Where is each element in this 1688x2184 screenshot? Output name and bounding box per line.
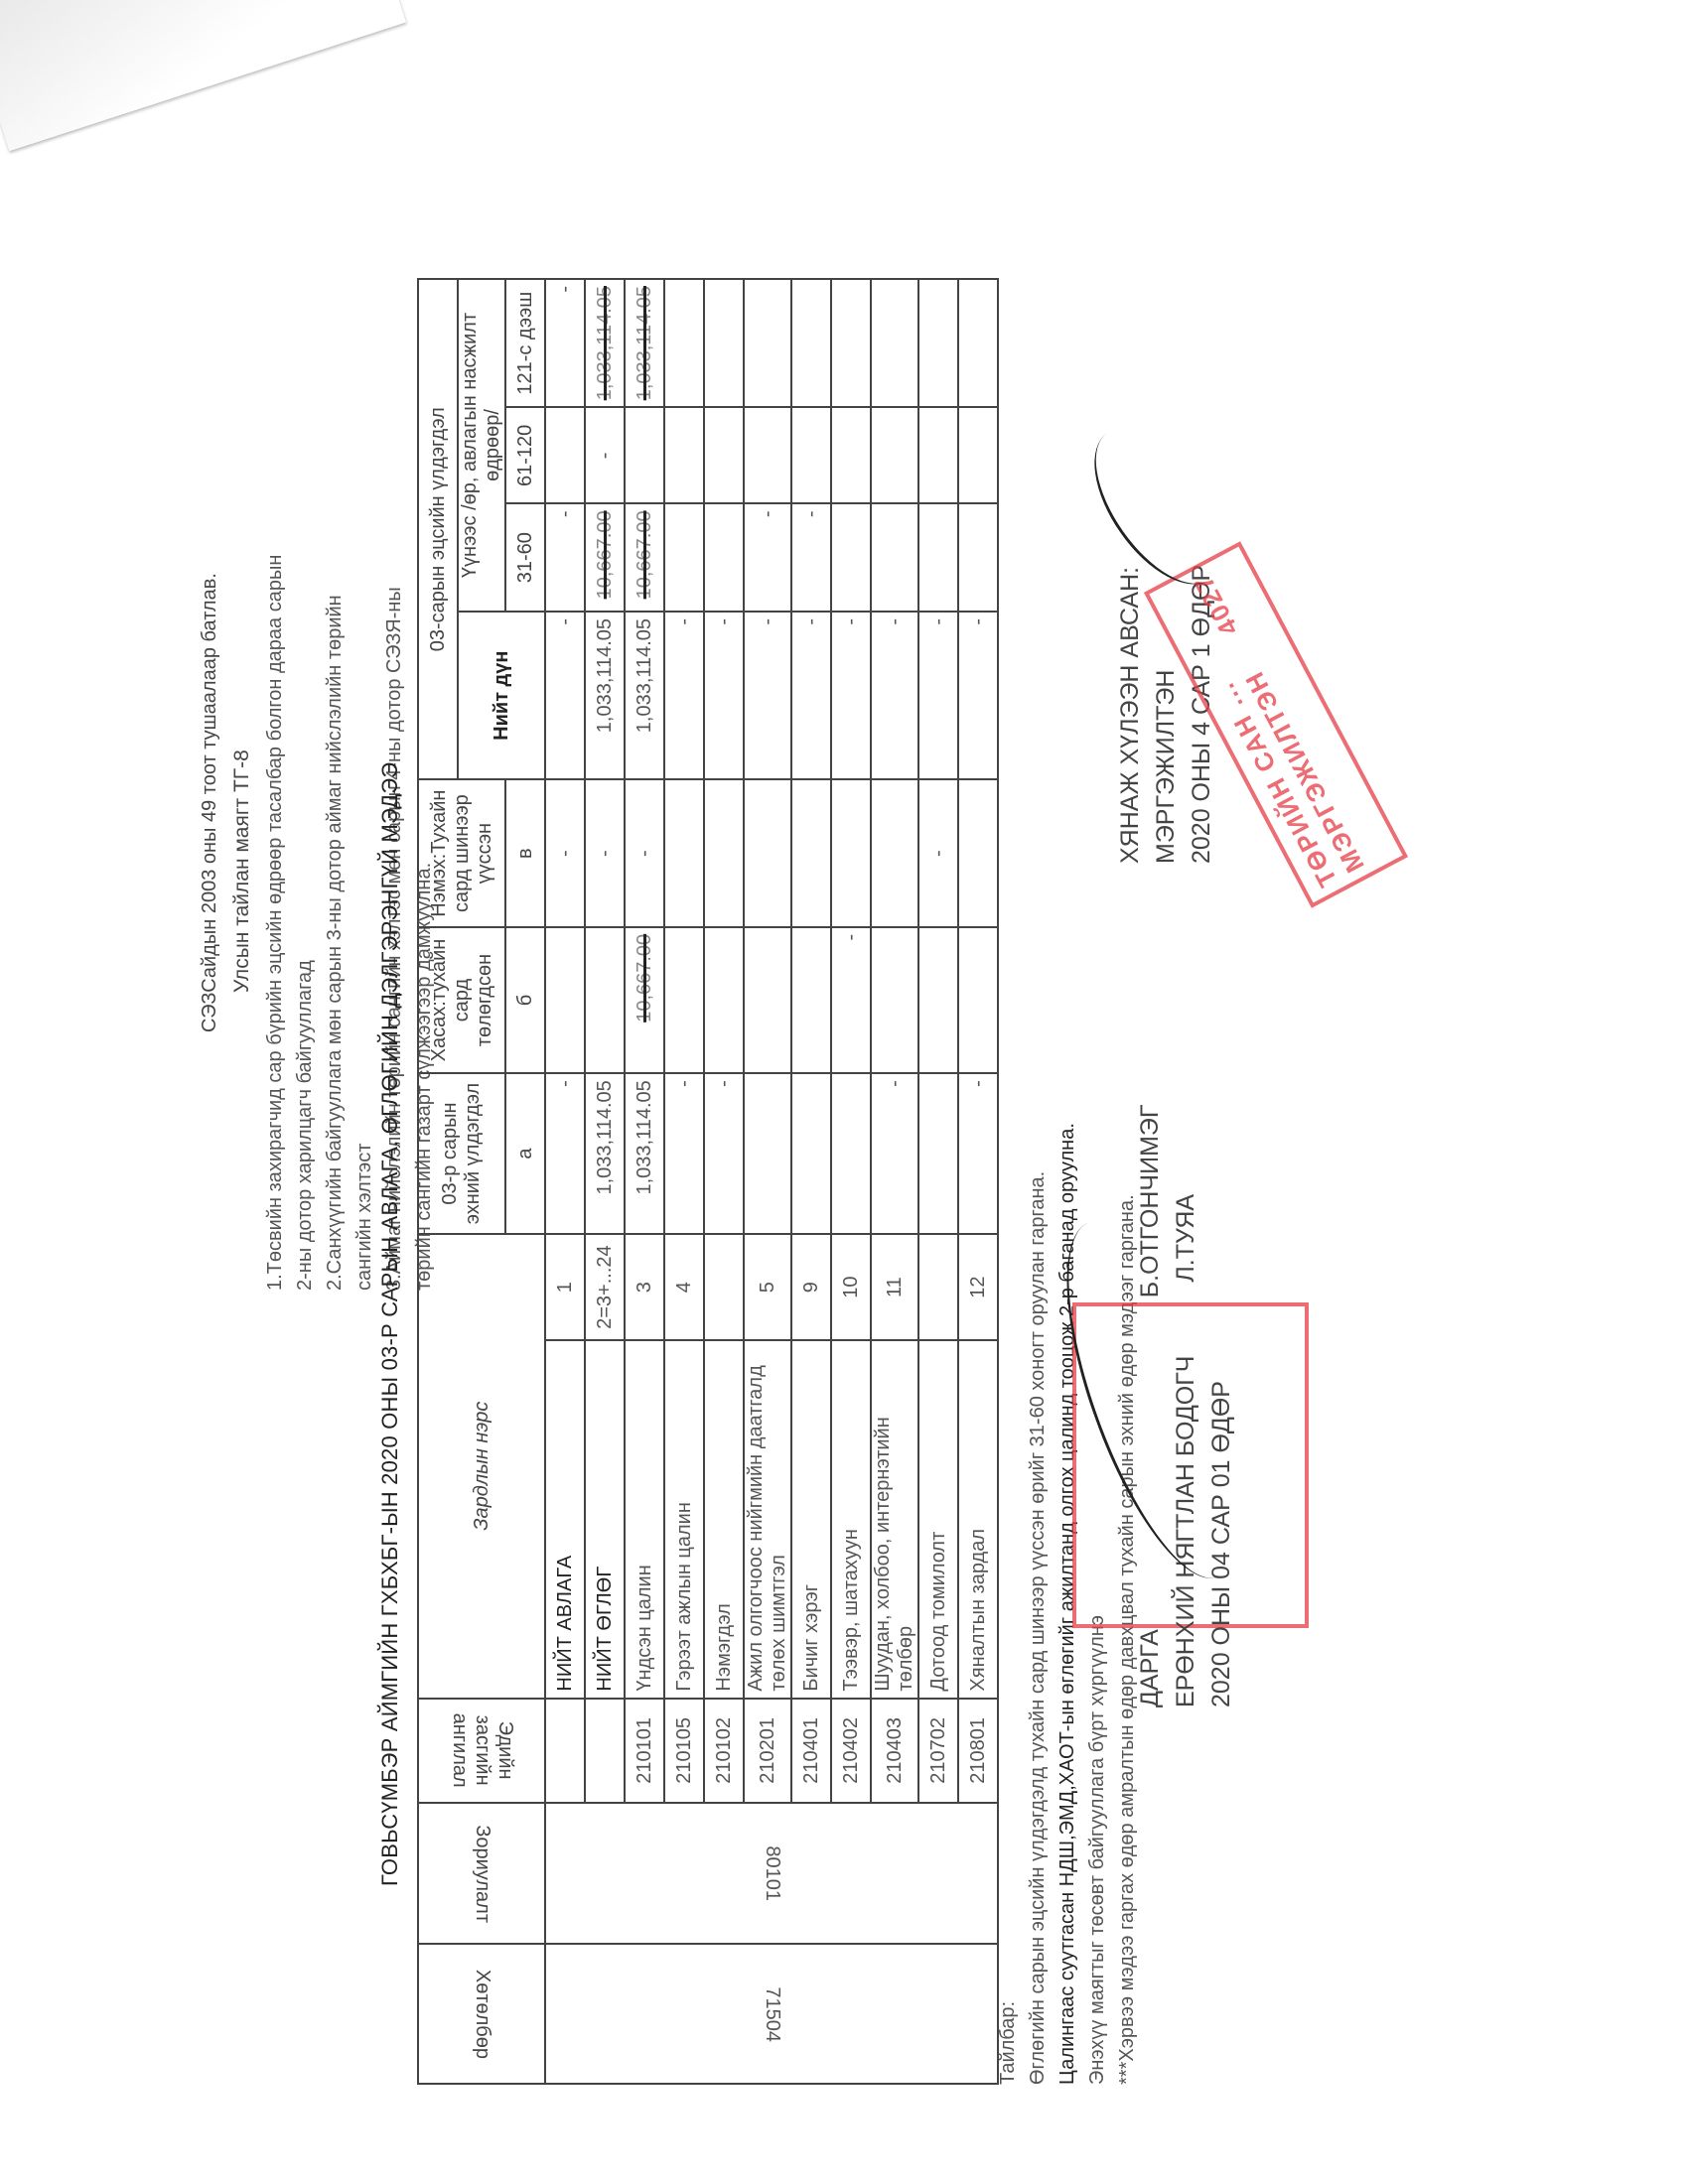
aging-31-60: - bbox=[744, 503, 791, 612]
instruction-line: 2.Санхүүгийн байгууллага мөн сарын 3-ны … bbox=[320, 477, 350, 1291]
closing-total: - bbox=[871, 612, 918, 780]
opening-balance: - bbox=[704, 1073, 744, 1234]
econ-code bbox=[585, 1699, 625, 1804]
econ-code bbox=[545, 1699, 585, 1804]
line-number: 4 bbox=[664, 1234, 704, 1341]
expense-name: Тээвэр, шатахуун bbox=[831, 1340, 871, 1698]
col-closing-group: 03-сарын эцсийн үлдэгдэл bbox=[418, 279, 458, 779]
line-number: 11 bbox=[871, 1234, 918, 1341]
expense-name: Бичиг хэрэг bbox=[791, 1340, 831, 1698]
closing-total: - bbox=[918, 612, 958, 780]
expense-name: Нэмэгдэл bbox=[704, 1340, 744, 1698]
opening-balance bbox=[744, 1073, 791, 1234]
col-purpose: Зориулалт bbox=[418, 1803, 545, 1944]
closing-total: - bbox=[545, 612, 585, 780]
aging-61-120 bbox=[958, 407, 998, 503]
line-number: 12 bbox=[958, 1234, 998, 1341]
aging-31-60 bbox=[704, 503, 744, 612]
col-increase: Нэмэх:Тухайн сард шинээр үүссэн bbox=[418, 779, 505, 926]
aging-31-60 bbox=[664, 503, 704, 612]
aging-121-plus bbox=[918, 279, 958, 407]
econ-code: 210102 bbox=[704, 1699, 744, 1804]
increase-value bbox=[791, 779, 831, 926]
line-number: 10 bbox=[831, 1234, 871, 1341]
aging-31-60 bbox=[918, 503, 958, 612]
aging-31-60: - bbox=[545, 503, 585, 612]
econ-code: 210401 bbox=[791, 1699, 831, 1804]
econ-code: 210702 bbox=[918, 1699, 958, 1804]
col-aging-61-120: 61-120 bbox=[505, 407, 545, 503]
report-title: ГОВЬСҮМБЭР АЙМГИЙН ГХБХБГ-ЫН 2020 ОНЫ 03… bbox=[377, 762, 403, 1886]
col-decrease: Хасах:тухайн сард төлөгдсөн bbox=[418, 927, 505, 1073]
aging-121-plus: - bbox=[545, 279, 585, 407]
expense-name: Дотоод томилолт bbox=[918, 1340, 958, 1698]
econ-code: 210801 bbox=[958, 1699, 998, 1804]
increase-value bbox=[704, 779, 744, 926]
approval-note: СЭЗСайдын 2003 оны 49 тоот тушаалаар бат… bbox=[199, 573, 221, 1032]
program-code: 71504 bbox=[545, 1945, 998, 2085]
increase-value bbox=[831, 779, 871, 926]
econ-code: 210402 bbox=[831, 1699, 871, 1804]
opening-balance bbox=[831, 1073, 871, 1234]
aging-121-plus bbox=[871, 279, 918, 407]
col-expense-name: Зардлын нэрс bbox=[418, 1234, 545, 1699]
opening-balance: - bbox=[664, 1073, 704, 1234]
line-number: 9 bbox=[791, 1234, 831, 1341]
aging-121-plus: 1,033,114.05 bbox=[585, 279, 625, 407]
accountant-name: Л.ТУЯА bbox=[1172, 1194, 1199, 1283]
expense-name: Шуудан, холбоо, интернэтийн төлбөр bbox=[871, 1340, 918, 1698]
opening-balance: 1,033,114.05 bbox=[625, 1073, 664, 1234]
col-program: Хөтөлбөр bbox=[418, 1945, 545, 2085]
aging-121-plus bbox=[791, 279, 831, 407]
expense-name: Ажил олгогчоос нийгмийн даатгалд төлөх ш… bbox=[744, 1340, 791, 1698]
opening-balance: - bbox=[871, 1073, 918, 1234]
aging-121-plus bbox=[958, 279, 998, 407]
aging-61-120 bbox=[704, 407, 744, 503]
rotated-report-page: СЭЗСайдын 2003 оны 49 тоот тушаалаар бат… bbox=[0, 0, 1688, 2184]
receivables-payables-table: Хөтөлбөр Зориулалт Эдийн засгийн ангилал… bbox=[417, 278, 999, 2085]
decrease-value bbox=[585, 927, 625, 1073]
econ-code: 210403 bbox=[871, 1699, 918, 1804]
col-aging-121-plus: 121-с дээш bbox=[505, 279, 545, 407]
col-aging-group: Үүнээс /өр, авлагын насжилт өдрөөр/ bbox=[458, 279, 505, 612]
aging-121-plus bbox=[744, 279, 791, 407]
expense-name: Хяналтын зардал bbox=[958, 1340, 998, 1698]
instruction-line: сангийн хэлтэст bbox=[350, 477, 379, 1291]
opening-balance bbox=[791, 1073, 831, 1234]
letter-increase: в bbox=[505, 779, 545, 926]
aging-121-plus bbox=[831, 279, 871, 407]
stamp-text: ТӨРИЙН САН ... МЭРГЭЖИЛТЭН bbox=[1209, 666, 1370, 892]
line-number bbox=[918, 1234, 958, 1341]
closing-total: - bbox=[958, 612, 998, 780]
line-number: 1 bbox=[545, 1234, 585, 1341]
closing-total: 1,033,114.05 bbox=[585, 612, 625, 780]
aging-61-120 bbox=[831, 407, 871, 503]
closing-total: - bbox=[791, 612, 831, 780]
purpose-code: 80101 bbox=[545, 1803, 998, 1944]
decrease-value bbox=[958, 927, 998, 1073]
increase-value: - bbox=[918, 779, 958, 926]
closing-total: - bbox=[831, 612, 871, 780]
closing-total: - bbox=[664, 612, 704, 780]
econ-code: 210105 bbox=[664, 1699, 704, 1804]
decrease-value bbox=[918, 927, 958, 1073]
aging-61-120 bbox=[664, 407, 704, 503]
expense-name: Гэрээт ажлын цалин bbox=[664, 1340, 704, 1698]
aging-31-60: - bbox=[791, 503, 831, 612]
increase-value bbox=[744, 779, 791, 926]
aging-31-60: 10,667.00 bbox=[625, 503, 664, 612]
notes-heading: Тайлбар: bbox=[993, 1123, 1023, 2085]
received-label: ХЯНАЖ ХҮЛЭЭН АВСАН: bbox=[1112, 565, 1148, 864]
increase-value: - bbox=[625, 779, 664, 926]
aging-121-plus bbox=[664, 279, 704, 407]
aging-121-plus bbox=[704, 279, 744, 407]
closing-total: - bbox=[704, 612, 744, 780]
aging-31-60: 10,667.00 bbox=[585, 503, 625, 612]
line-number bbox=[704, 1234, 744, 1341]
decrease-value bbox=[664, 927, 704, 1073]
letter-opening: а bbox=[505, 1073, 545, 1234]
opening-balance: - bbox=[958, 1073, 998, 1234]
increase-value bbox=[958, 779, 998, 926]
col-econ-class: Эдийн засгийн ангилал bbox=[418, 1699, 545, 1804]
increase-value: - bbox=[585, 779, 625, 926]
aging-31-60 bbox=[871, 503, 918, 612]
decrease-value bbox=[704, 927, 744, 1073]
decrease-value bbox=[744, 927, 791, 1073]
director-title: ДАРГА bbox=[1136, 1629, 1164, 1707]
expense-name: Үндсэн цалин bbox=[625, 1340, 664, 1698]
closing-total: 1,033,114.05 bbox=[625, 612, 664, 780]
decrease-value bbox=[791, 927, 831, 1073]
aging-31-60 bbox=[958, 503, 998, 612]
instruction-line: 1.Төсвийн захирагчид сар бүрийн эцсийн ө… bbox=[260, 477, 290, 1291]
table-header-row: Хөтөлбөр Зориулалт Эдийн засгийн ангилал… bbox=[418, 279, 458, 2084]
expense-name: НИЙТ ӨГЛӨГ bbox=[585, 1340, 625, 1698]
aging-61-120 bbox=[791, 407, 831, 503]
aging-61-120 bbox=[871, 407, 918, 503]
aging-61-120 bbox=[545, 407, 585, 503]
aging-61-120 bbox=[744, 407, 791, 503]
aging-31-60 bbox=[831, 503, 871, 612]
form-code: Улсын тайлан маягт ТГ-8 bbox=[230, 750, 254, 993]
submission-instructions: 1.Төсвийн захирагчид сар бүрийн эцсийн ө… bbox=[260, 477, 439, 1291]
aging-61-120 bbox=[625, 407, 664, 503]
line-number: 3 bbox=[625, 1234, 664, 1341]
decrease-value bbox=[871, 927, 918, 1073]
closing-total: - bbox=[744, 612, 791, 780]
note-line: Өглөгийн сарын эцсийн үлдэгдэлд тухайн с… bbox=[1023, 1123, 1053, 2085]
opening-balance: 1,033,114.05 bbox=[585, 1073, 625, 1234]
opening-balance: - bbox=[545, 1073, 585, 1234]
col-total: Нийт дүн bbox=[458, 612, 545, 780]
aging-61-120 bbox=[918, 407, 958, 503]
increase-value: - bbox=[545, 779, 585, 926]
decrease-value bbox=[545, 927, 585, 1073]
instruction-line: 2-ны дотор харилцагч байгууллагад bbox=[290, 477, 320, 1291]
increase-value bbox=[871, 779, 918, 926]
econ-code: 210201 bbox=[744, 1699, 791, 1804]
table-row: 7150480101НИЙТ АВЛАГА1----- bbox=[545, 279, 585, 2084]
line-number: 2=3+...24 bbox=[585, 1234, 625, 1341]
opening-balance bbox=[918, 1073, 958, 1234]
expense-name: НИЙТ АВЛАГА bbox=[545, 1340, 585, 1698]
letter-decrease: б bbox=[505, 927, 545, 1073]
line-number: 5 bbox=[744, 1234, 791, 1341]
decrease-value: 10,667.00 bbox=[625, 927, 664, 1073]
aging-61-120: - bbox=[585, 407, 625, 503]
increase-value bbox=[664, 779, 704, 926]
col-opening-balance: 03-р сарын эхний үлдэгдэл bbox=[418, 1073, 505, 1234]
decrease-value: - bbox=[831, 927, 871, 1073]
col-aging-31-60: 31-60 bbox=[505, 503, 545, 612]
econ-code: 210101 bbox=[625, 1699, 664, 1804]
aging-121-plus: 1,033,114.05 bbox=[625, 279, 664, 407]
